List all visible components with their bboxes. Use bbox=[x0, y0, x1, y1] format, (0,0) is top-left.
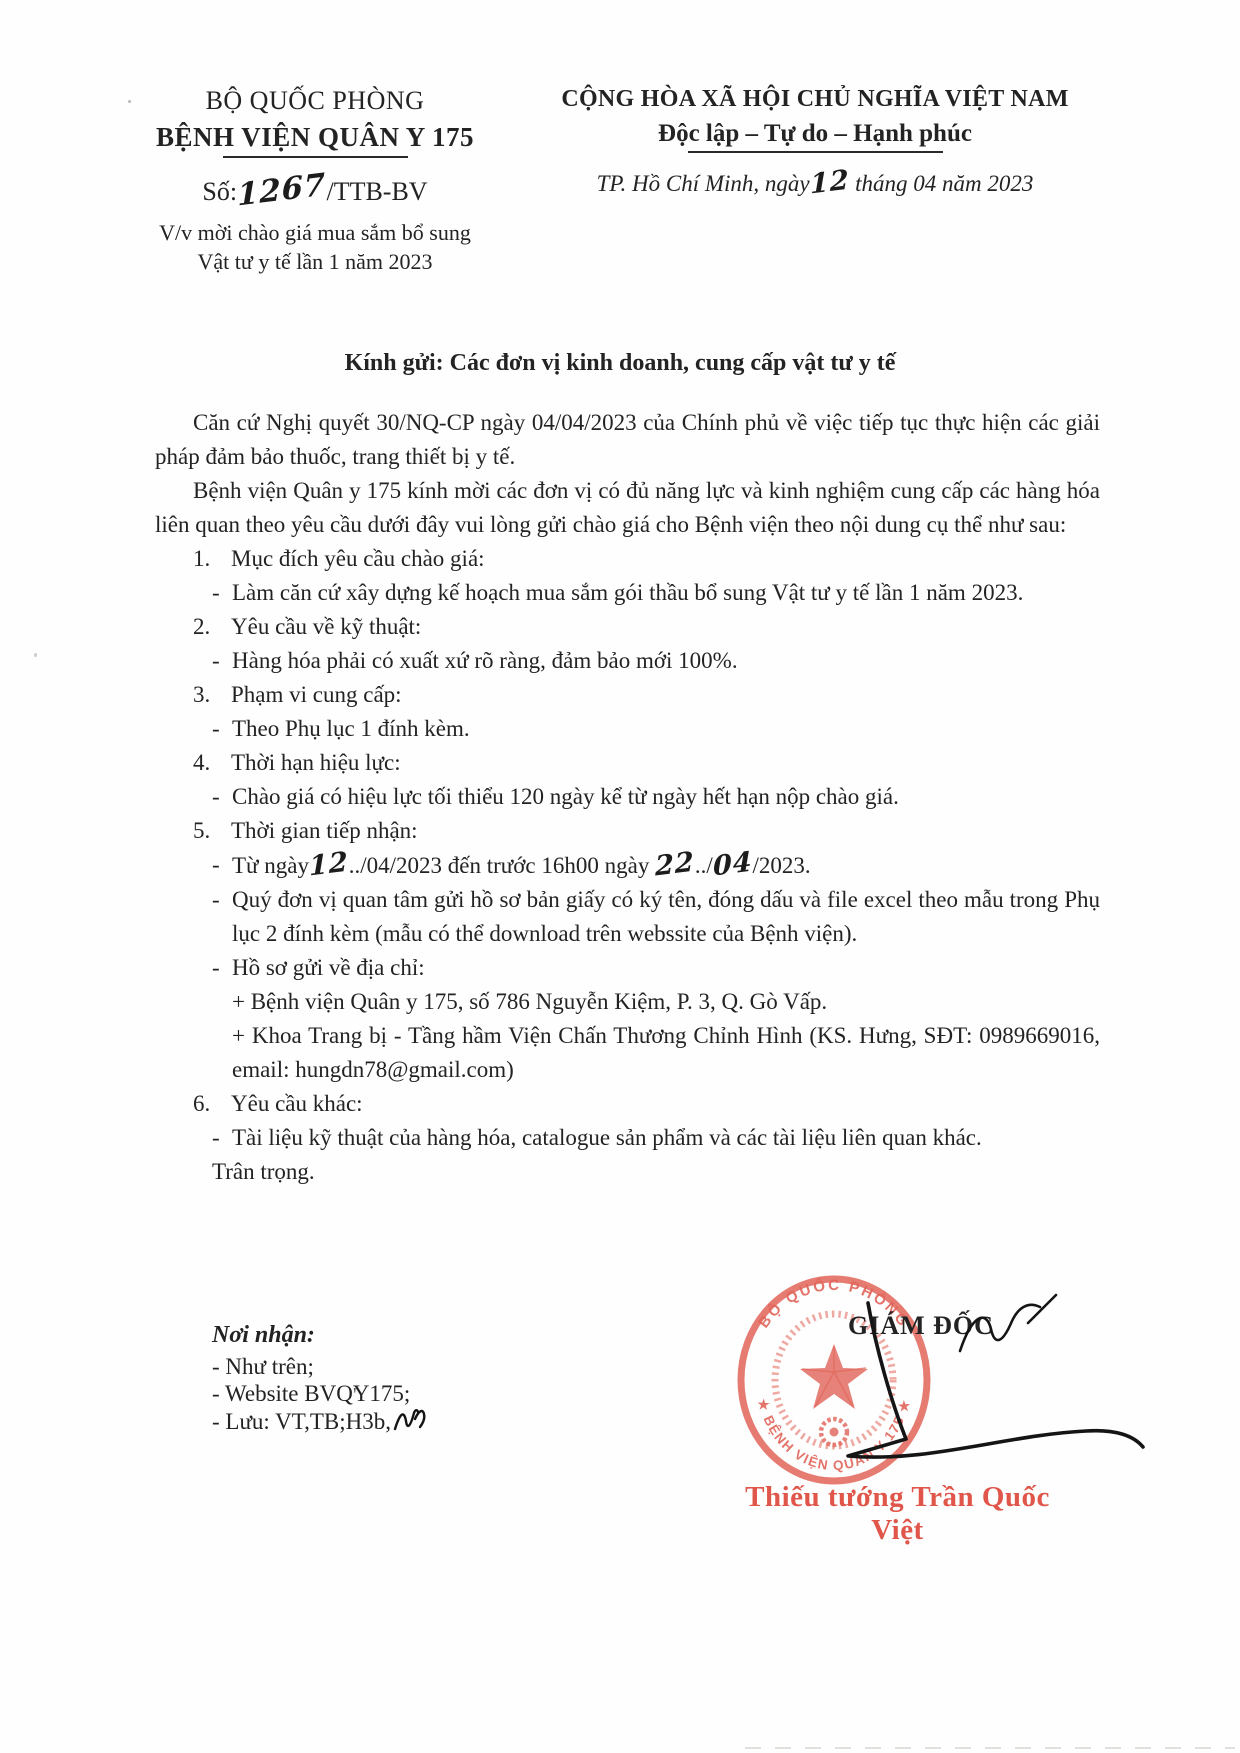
bullet-dates: - Từ ngày12../04/2023 đến trước 16h00 ng… bbox=[155, 848, 1100, 883]
list-item-title: Thời gian tiếp nhận: bbox=[231, 814, 1100, 848]
bullet-text: Làm căn cứ xây dựng kế hoạch mua sắm gói… bbox=[232, 576, 1100, 610]
salutation: Kính gửi: Các đơn vị kinh doanh, cung cấ… bbox=[0, 350, 1240, 377]
scan-speck bbox=[34, 653, 37, 657]
scan-speck: ' bbox=[353, 1384, 357, 1407]
bullet-dash: - bbox=[155, 780, 232, 814]
handwritten-initials-icon bbox=[393, 1407, 427, 1439]
bullet-dash: - bbox=[155, 712, 232, 746]
bullet: - Hàng hóa phải có xuất xứ rõ ràng, đảm … bbox=[155, 644, 1100, 678]
list-item-number: 1. bbox=[155, 542, 231, 576]
recipient-line-text: - Lưu: VT,TB;H3b, bbox=[212, 1409, 391, 1434]
list-item-title: Thời hạn hiệu lực: bbox=[231, 746, 1100, 780]
list-item-title: Mục đích yêu cầu chào giá: bbox=[231, 542, 1100, 576]
recipients-label: Nơi nhận: bbox=[212, 1322, 427, 1349]
national-title: CỘNG HÒA XÃ HỘI CHỦ NGHĨA VIỆT NAM bbox=[525, 86, 1105, 113]
bullet-text: Hồ sơ gửi về địa chỉ: bbox=[232, 951, 1100, 985]
bullet-text: Từ ngày12../04/2023 đến trước 16h00 ngày… bbox=[232, 848, 1100, 883]
list-item-4: 4. Thời hạn hiệu lực: bbox=[155, 746, 1100, 780]
list-item-number: 3. bbox=[155, 678, 231, 712]
dates-middle: ../04/2023 đến trước 16h00 ngày bbox=[349, 853, 655, 878]
list-item-number: 5. bbox=[155, 814, 231, 848]
bullet-text: Chào giá có hiệu lực tối thiểu 120 ngày … bbox=[232, 780, 1100, 814]
place-date-suffix: tháng 04 năm 2023 bbox=[849, 171, 1033, 196]
list-item-number: 2. bbox=[155, 610, 231, 644]
place-date-prefix: TP. Hồ Chí Minh, ngày bbox=[597, 171, 810, 196]
bullet-text: Tài liệu kỹ thuật của hàng hóa, catalogu… bbox=[232, 1121, 1100, 1155]
recipient-line: - Lưu: VT,TB;H3b, bbox=[212, 1407, 427, 1439]
national-motto: Độc lập – Tự do – Hạnh phúc bbox=[525, 120, 1105, 148]
paragraph: Căn cứ Nghị quyết 30/NQ-CP ngày 04/04/20… bbox=[155, 406, 1100, 474]
scan-speck bbox=[128, 100, 131, 103]
list-item-title: Phạm vi cung cấp: bbox=[231, 678, 1100, 712]
doc-number-suffix: /TTB-BV bbox=[326, 177, 427, 206]
signer-name: Thiếu tướng Trần Quốc Việt bbox=[725, 1481, 1070, 1547]
scan-artifact-line bbox=[745, 1747, 1235, 1749]
date-to-day-handwritten: 22 bbox=[655, 845, 695, 884]
document-header: BỘ QUỐC PHÒNG BỆNH VIỆN QUÂN Y 175 Số:12… bbox=[0, 86, 1240, 276]
bullet: - Làm căn cứ xây dựng kế hoạch mua sắm g… bbox=[155, 576, 1100, 610]
list-item-number: 4. bbox=[155, 746, 231, 780]
dates-prefix: Từ ngày bbox=[232, 853, 309, 878]
date-from-handwritten: 12 bbox=[309, 845, 349, 884]
list-item-2: 2. Yêu cầu về kỹ thuật: bbox=[155, 610, 1100, 644]
bullet: - Quý đơn vị quan tâm gửi hồ sơ bản giấy… bbox=[155, 883, 1100, 951]
motto-underline bbox=[688, 151, 943, 153]
list-item-1: 1. Mục đích yêu cầu chào giá: bbox=[155, 542, 1100, 576]
ministry-name: BỘ QUỐC PHÒNG bbox=[115, 86, 515, 116]
bullet-dash: - bbox=[155, 883, 232, 951]
list-item-title: Yêu cầu về kỹ thuật: bbox=[231, 610, 1100, 644]
signature-stroke-icon bbox=[688, 1293, 1168, 1478]
header-left: BỘ QUỐC PHÒNG BỆNH VIỆN QUÂN Y 175 Số:12… bbox=[115, 86, 515, 276]
bullet: - Tài liệu kỹ thuật của hàng hóa, catalo… bbox=[155, 1121, 1100, 1155]
header-right: CỘNG HÒA XÃ HỘI CHỦ NGHĨA VIỆT NAM Độc l… bbox=[525, 86, 1105, 276]
list-item-5: 5. Thời gian tiếp nhận: bbox=[155, 814, 1100, 848]
bullet: - Hồ sơ gửi về địa chỉ: bbox=[155, 951, 1100, 985]
hospital-name: BỆNH VIỆN QUÂN Y 175 bbox=[115, 122, 515, 153]
bullet-text: Hàng hóa phải có xuất xứ rõ ràng, đảm bả… bbox=[232, 644, 1100, 678]
paragraph: Bệnh viện Quân y 175 kính mời các đơn vị… bbox=[155, 474, 1100, 542]
bullet: - Chào giá có hiệu lực tối thiểu 120 ngà… bbox=[155, 780, 1100, 814]
date-day-handwritten: 12 bbox=[809, 164, 849, 200]
bullet-dash: - bbox=[155, 1121, 232, 1155]
document-page: BỘ QUỐC PHÒNG BỆNH VIỆN QUÂN Y 175 Số:12… bbox=[0, 0, 1240, 1753]
bullet-dash: - bbox=[155, 576, 232, 610]
hospital-underline bbox=[223, 156, 408, 158]
closing: Trân trọng. bbox=[155, 1155, 1100, 1189]
place-date: TP. Hồ Chí Minh, ngày12 tháng 04 năm 202… bbox=[525, 167, 1105, 198]
date-to-month-handwritten: 04 bbox=[713, 845, 753, 884]
document-body: Căn cứ Nghị quyết 30/NQ-CP ngày 04/04/20… bbox=[155, 406, 1100, 1189]
bullet-dash: - bbox=[155, 644, 232, 678]
list-item-title: Yêu cầu khác: bbox=[231, 1087, 1100, 1121]
doc-number: Số:1267/TTB-BV bbox=[115, 172, 515, 208]
doc-subject-line1: V/v mời chào giá mua sắm bổ sung bbox=[115, 218, 515, 247]
bullet: - Theo Phụ lục 1 đính kèm. bbox=[155, 712, 1100, 746]
doc-number-handwritten: 1267 bbox=[237, 166, 326, 213]
recipient-line: - Website BVQY175; bbox=[212, 1380, 427, 1407]
bullet-dash: - bbox=[155, 951, 232, 985]
bullet-text: Theo Phụ lục 1 đính kèm. bbox=[232, 712, 1100, 746]
doc-subject-line2: Vật tư y tế lần 1 năm 2023 bbox=[115, 247, 515, 276]
doc-subject: V/v mời chào giá mua sắm bổ sung Vật tư … bbox=[115, 218, 515, 276]
address-line: + Bệnh viện Quân y 175, số 786 Nguyễn Ki… bbox=[155, 985, 1100, 1019]
list-item-number: 6. bbox=[155, 1087, 231, 1121]
list-item-6: 6. Yêu cầu khác: bbox=[155, 1087, 1100, 1121]
recipient-line: - Như trên; bbox=[212, 1353, 427, 1380]
address-line: + Khoa Trang bị - Tầng hầm Viện Chấn Thư… bbox=[155, 1019, 1100, 1087]
recipients-block: Nơi nhận: - Như trên; - Website BVQY175;… bbox=[212, 1322, 427, 1439]
list-item-3: 3. Phạm vi cung cấp: bbox=[155, 678, 1100, 712]
bullet-text: Quý đơn vị quan tâm gửi hồ sơ bản giấy c… bbox=[232, 883, 1100, 951]
dates-suffix: /2023. bbox=[752, 853, 810, 878]
dates-separator: ../ bbox=[695, 853, 713, 878]
bullet-dash: - bbox=[155, 848, 232, 883]
doc-number-label: Số: bbox=[202, 177, 237, 206]
